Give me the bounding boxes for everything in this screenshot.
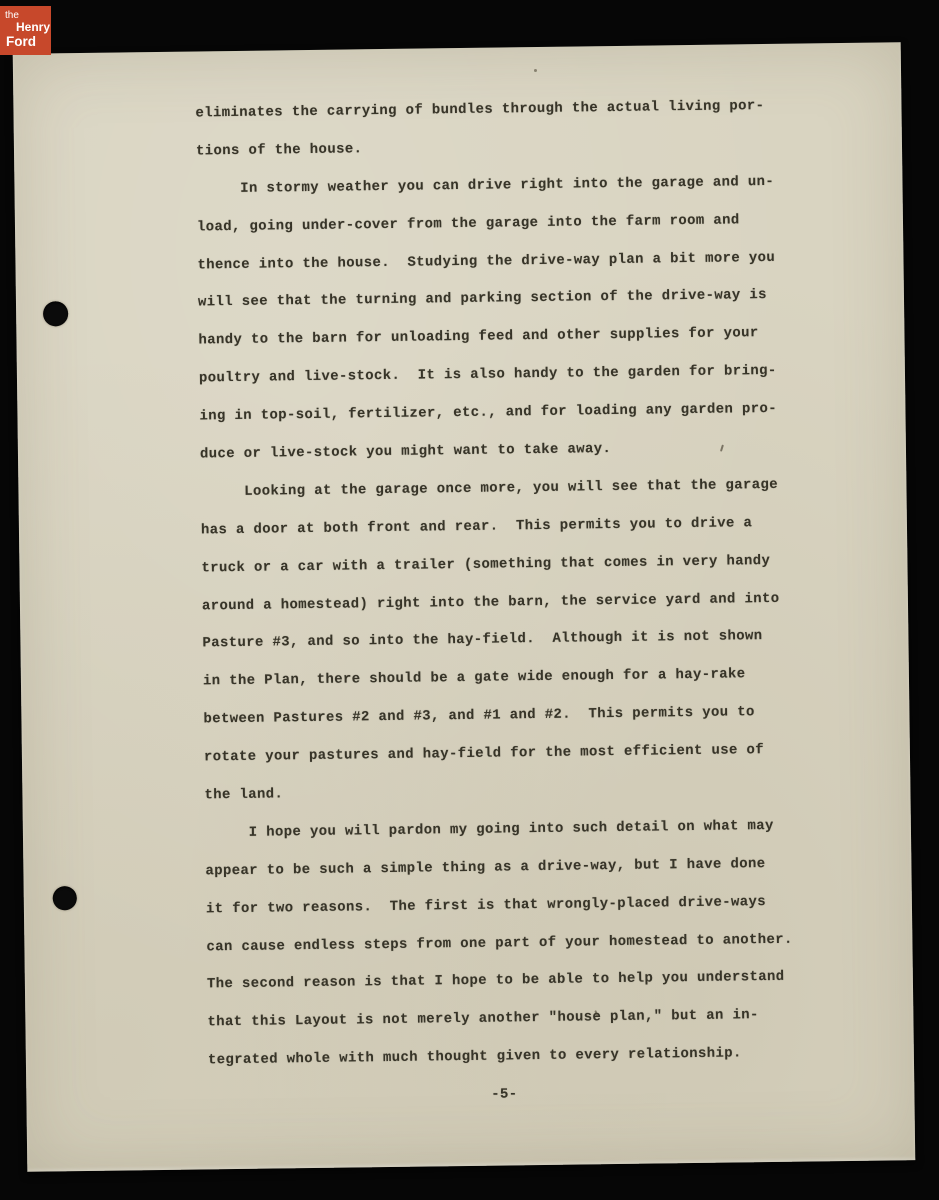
- text-line: ing in top-soil, fertilizer, etc., and f…: [199, 391, 805, 437]
- scanned-document-viewport: eliminates the carrying of bundles throu…: [0, 0, 939, 1200]
- text-line: rotate your pastures and hay-field for t…: [204, 732, 810, 778]
- document-page: eliminates the carrying of bundles throu…: [13, 42, 916, 1172]
- hole-punch-bottom: [53, 886, 77, 910]
- henry-ford-logo: the Henry Ford: [0, 6, 51, 55]
- logo-text-henry: Henry: [16, 21, 50, 33]
- hole-punch-top: [43, 301, 68, 326]
- text-line: eliminates the carrying of bundles throu…: [195, 88, 801, 134]
- page-number: -5-: [208, 1073, 800, 1119]
- typewritten-text: eliminates the carrying of bundles throu…: [195, 88, 814, 1081]
- logo-text-ford: Ford: [6, 35, 36, 49]
- paper-speck: [534, 69, 537, 72]
